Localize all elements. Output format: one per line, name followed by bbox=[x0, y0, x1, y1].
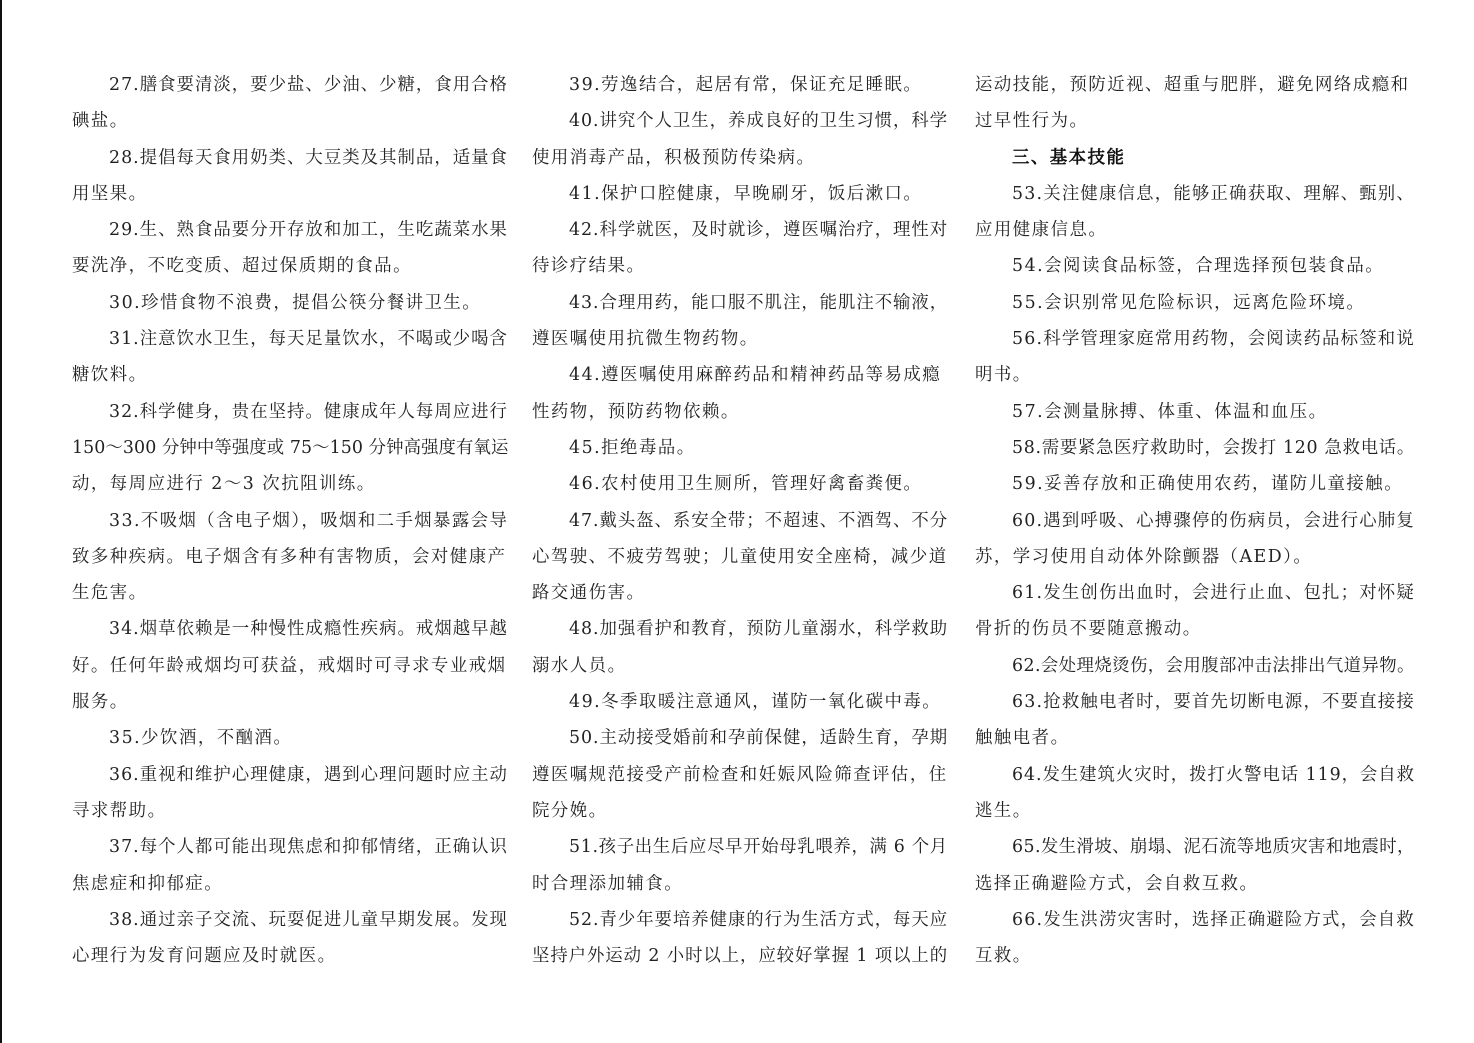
text-line: 58.需要紧急医疗救助时，会拨打 120 急救电话。 bbox=[975, 430, 1415, 466]
text-line: 34.烟草依赖是一种慢性成瘾性疾病。戒烟越早越 bbox=[72, 611, 508, 647]
text-line: 64.发生建筑火灾时，拨打火警电话 119，会自救 bbox=[975, 757, 1415, 793]
text-line: 遵医嘱使用抗微生物药物。 bbox=[532, 321, 948, 357]
text-line: 动，每周应进行 2～3 次抗阻训练。 bbox=[72, 466, 508, 502]
text-line: 61.发生创伤出血时，会进行止血、包扎；对怀疑 bbox=[975, 575, 1415, 611]
text-line: 47.戴头盔、系安全带；不超速、不酒驾、不分 bbox=[532, 503, 948, 539]
text-line: 坚持户外运动 2 小时以上，应较好掌握 1 项以上的 bbox=[532, 938, 948, 974]
text-line: 服务。 bbox=[72, 684, 508, 720]
text-column-middle: 39.劳逸结合，起居有常，保证充足睡眠。40.讲究个人卫生，养成良好的卫生习惯，… bbox=[532, 67, 948, 974]
text-line: 性药物，预防药物依赖。 bbox=[532, 394, 948, 430]
text-line: 53.关注健康信息，能够正确获取、理解、甄别、 bbox=[975, 176, 1415, 212]
text-line: 55.会识别常见危险标识，远离危险环境。 bbox=[975, 285, 1415, 321]
text-line: 苏，学习使用自动体外除颤器（AED）。 bbox=[975, 539, 1415, 575]
text-line: 50.主动接受婚前和孕前保健，适龄生育，孕期 bbox=[532, 720, 948, 756]
text-line: 应用健康信息。 bbox=[975, 212, 1415, 248]
text-line: 59.妥善存放和正确使用农药，谨防儿童接触。 bbox=[975, 466, 1415, 502]
text-line: 使用消毒产品，积极预防传染病。 bbox=[532, 140, 948, 176]
text-line: 明书。 bbox=[975, 357, 1415, 393]
text-column-right: 运动技能，预防近视、超重与肥胖，避免网络成瘾和过早性行为。三、基本技能53.关注… bbox=[975, 67, 1415, 974]
text-line: 62.会处理烧烫伤，会用腹部冲击法排出气道异物。 bbox=[975, 648, 1415, 684]
text-line: 运动技能，预防近视、超重与肥胖，避免网络成瘾和 bbox=[975, 67, 1415, 103]
text-line: 要洗净，不吃变质、超过保质期的食品。 bbox=[72, 248, 508, 284]
text-line: 46.农村使用卫生厕所，管理好禽畜粪便。 bbox=[532, 466, 948, 502]
text-line: 院分娩。 bbox=[532, 793, 948, 829]
text-line: 骨折的伤员不要随意搬动。 bbox=[975, 611, 1415, 647]
text-line: 40.讲究个人卫生，养成良好的卫生习惯，科学 bbox=[532, 103, 948, 139]
text-line: 66.发生洪涝灾害时，选择正确避险方式，会自救 bbox=[975, 902, 1415, 938]
section-heading: 三、基本技能 bbox=[975, 140, 1415, 176]
page-left-edge-rule bbox=[0, 0, 2, 1043]
text-line: 41.保护口腔健康，早晚刷牙，饭后漱口。 bbox=[532, 176, 948, 212]
text-line: 致多种疾病。电子烟含有多种有害物质，会对健康产 bbox=[72, 539, 508, 575]
text-line: 51.孩子出生后应尽早开始母乳喂养，满 6 个月 bbox=[532, 829, 948, 865]
text-line: 糖饮料。 bbox=[72, 357, 508, 393]
text-line: 时合理添加辅食。 bbox=[532, 866, 948, 902]
text-line: 28.提倡每天食用奶类、大豆类及其制品，适量食 bbox=[72, 140, 508, 176]
text-line: 48.加强看护和教育，预防儿童溺水，科学救助 bbox=[532, 611, 948, 647]
text-line: 44.遵医嘱使用麻醉药品和精神药品等易成瘾 bbox=[532, 357, 948, 393]
text-line: 32.科学健身，贵在坚持。健康成年人每周应进行 bbox=[72, 394, 508, 430]
text-line: 45.拒绝毒品。 bbox=[532, 430, 948, 466]
text-line: 33.不吸烟（含电子烟），吸烟和二手烟暴露会导 bbox=[72, 503, 508, 539]
text-line: 心理行为发育问题应及时就医。 bbox=[72, 938, 508, 974]
text-line: 65.发生滑坡、崩塌、泥石流等地质灾害和地震时， bbox=[975, 829, 1415, 865]
text-line: 57.会测量脉搏、体重、体温和血压。 bbox=[975, 394, 1415, 430]
text-line: 好。任何年龄戒烟均可获益，戒烟时可寻求专业戒烟 bbox=[72, 648, 508, 684]
text-line: 溺水人员。 bbox=[532, 648, 948, 684]
text-line: 49.冬季取暖注意通风，谨防一氧化碳中毒。 bbox=[532, 684, 948, 720]
text-line: 遵医嘱规范接受产前检查和妊娠风险筛查评估，住 bbox=[532, 757, 948, 793]
text-line: 寻求帮助。 bbox=[72, 793, 508, 829]
text-line: 选择正确避险方式，会自救互救。 bbox=[975, 866, 1415, 902]
text-line: 27.膳食要清淡，要少盐、少油、少糖，食用合格 bbox=[72, 67, 508, 103]
text-line: 生危害。 bbox=[72, 575, 508, 611]
text-line: 心驾驶、不疲劳驾驶；儿童使用安全座椅，减少道 bbox=[532, 539, 948, 575]
text-line: 35.少饮酒，不酗酒。 bbox=[72, 720, 508, 756]
text-line: 30.珍惜食物不浪费，提倡公筷分餐讲卫生。 bbox=[72, 285, 508, 321]
text-line: 用坚果。 bbox=[72, 176, 508, 212]
text-line: 36.重视和维护心理健康，遇到心理问题时应主动 bbox=[72, 757, 508, 793]
text-line: 过早性行为。 bbox=[975, 103, 1415, 139]
text-line: 52.青少年要培养健康的行为生活方式，每天应 bbox=[532, 902, 948, 938]
text-column-left: 27.膳食要清淡，要少盐、少油、少糖，食用合格碘盐。28.提倡每天食用奶类、大豆… bbox=[72, 67, 508, 974]
text-line: 39.劳逸结合，起居有常，保证充足睡眠。 bbox=[532, 67, 948, 103]
text-line: 碘盐。 bbox=[72, 103, 508, 139]
text-line: 150～300 分钟中等强度或 75～150 分钟高强度有氧运 bbox=[72, 430, 508, 466]
text-line: 54.会阅读食品标签，合理选择预包装食品。 bbox=[975, 248, 1415, 284]
text-line: 互救。 bbox=[975, 938, 1415, 974]
text-line: 43.合理用药，能口服不肌注，能肌注不输液， bbox=[532, 285, 948, 321]
text-line: 42.科学就医，及时就诊，遵医嘱治疗，理性对 bbox=[532, 212, 948, 248]
text-line: 56.科学管理家庭常用药物，会阅读药品标签和说 bbox=[975, 321, 1415, 357]
text-line: 触触电者。 bbox=[975, 720, 1415, 756]
text-line: 60.遇到呼吸、心搏骤停的伤病员，会进行心肺复 bbox=[975, 503, 1415, 539]
text-line: 63.抢救触电者时，要首先切断电源，不要直接接 bbox=[975, 684, 1415, 720]
text-line: 37.每个人都可能出现焦虑和抑郁情绪，正确认识 bbox=[72, 829, 508, 865]
text-line: 31.注意饮水卫生，每天足量饮水，不喝或少喝含 bbox=[72, 321, 508, 357]
text-line: 38.通过亲子交流、玩耍促进儿童早期发展。发现 bbox=[72, 902, 508, 938]
text-line: 焦虑症和抑郁症。 bbox=[72, 866, 508, 902]
text-line: 待诊疗结果。 bbox=[532, 248, 948, 284]
text-line: 逃生。 bbox=[975, 793, 1415, 829]
text-line: 29.生、熟食品要分开存放和加工，生吃蔬菜水果 bbox=[72, 212, 508, 248]
text-line: 路交通伤害。 bbox=[532, 575, 948, 611]
